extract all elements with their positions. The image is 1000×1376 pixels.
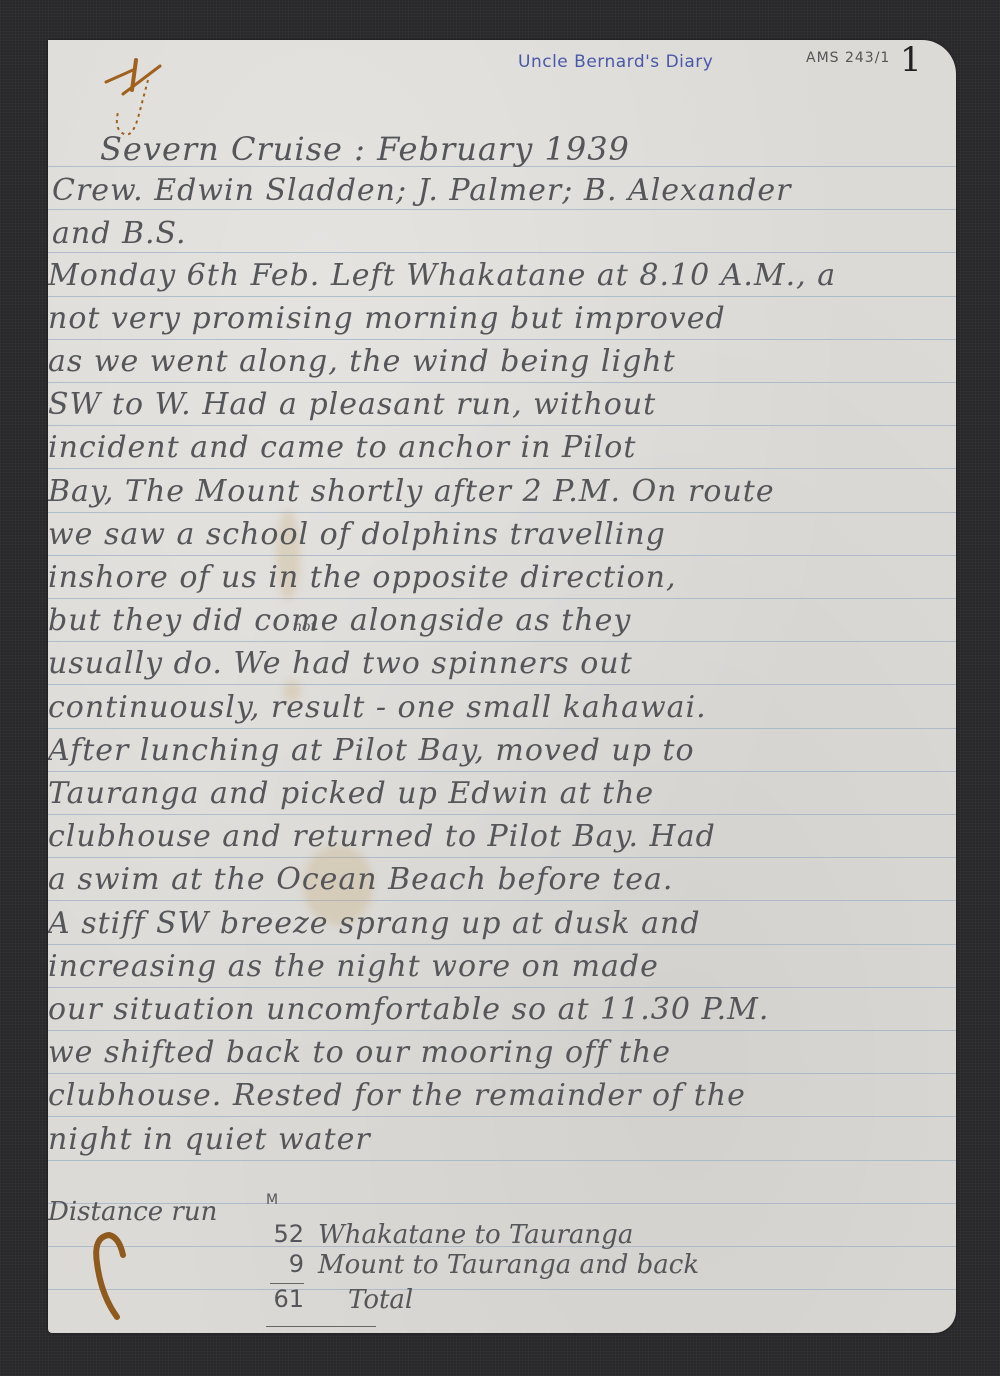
subtotal-rule — [270, 1283, 304, 1284]
rule-line — [48, 684, 956, 685]
diary-line: a swim at the Ocean Beach before tea. — [48, 862, 673, 897]
diary-line: as we went along, the wind being light — [48, 344, 676, 379]
rule-line — [48, 468, 956, 469]
catalog-number: AMS 243/1 — [806, 50, 890, 66]
crew-line-continued: and B.S. — [52, 216, 187, 251]
diary-line: Tauranga and picked up Edwin at the — [48, 776, 654, 811]
distance-miles-total: 61 — [264, 1285, 304, 1313]
diary-line: After lunching at Pilot Bay, moved up to — [48, 733, 695, 768]
rule-line — [48, 512, 956, 513]
rule-line — [48, 1116, 956, 1117]
rule-line — [48, 382, 956, 383]
distance-miles-1: 52 — [264, 1220, 304, 1248]
diary-line: clubhouse. Rested for the remainder of t… — [48, 1078, 746, 1113]
rule-line — [48, 771, 956, 772]
diary-line: inshore of us in the opposite direction, — [48, 560, 677, 595]
rule-line — [48, 339, 956, 340]
diary-page: Uncle Bernard's Diary AMS 243/1 1 Severn… — [48, 40, 956, 1333]
diary-line: usually do. We had two spinners out — [48, 646, 633, 681]
diary-line: our situation uncomfortable so at 11.30 … — [48, 992, 769, 1027]
diary-line: we shifted back to our mooring off the — [48, 1035, 671, 1070]
total-rule — [266, 1326, 376, 1327]
diary-line: but they did come alongside as they — [48, 603, 631, 638]
rule-line — [48, 814, 956, 815]
crew-line: Crew. Edwin Sladden; J. Palmer; B. Alexa… — [52, 173, 791, 208]
diary-line: continuously, result - one small kahawai… — [48, 690, 707, 725]
rule-line — [48, 1073, 956, 1074]
diary-line: increasing as the night wore on made — [48, 949, 659, 984]
rule-line — [48, 252, 956, 253]
rule-line — [48, 987, 956, 988]
diary-heading: Severn Cruise : February 1939 — [100, 130, 630, 168]
rule-line — [48, 296, 956, 297]
diary-line: night in quiet water — [48, 1122, 371, 1157]
distance-desc-total: Total — [348, 1285, 413, 1315]
diary-line: Bay, The Mount shortly after 2 P.M. On r… — [48, 474, 775, 509]
rule-line — [48, 1160, 956, 1161]
rule-line — [48, 857, 956, 858]
diary-line: not very promising morning but improved — [48, 301, 726, 336]
rule-line — [48, 209, 956, 210]
diary-line: incident and came to anchor in Pilot — [48, 430, 636, 465]
rule-line — [48, 425, 956, 426]
rule-line — [48, 555, 956, 556]
rule-line — [48, 598, 956, 599]
diary-line: SW to W. Had a pleasant run, without — [48, 387, 656, 422]
rust-hook-mark-icon — [83, 1215, 143, 1325]
page-number: 1 — [900, 40, 922, 80]
distance-label: Distance run — [48, 1197, 217, 1227]
diary-line: clubhouse and returned to Pilot Bay. Had — [48, 819, 716, 854]
rule-line — [48, 728, 956, 729]
distance-desc-1: Whakatane to Tauranga — [318, 1220, 633, 1250]
rule-line — [48, 944, 956, 945]
diary-line: we saw a school of dolphins travelling — [48, 517, 666, 552]
distance-miles-2: 9 — [264, 1250, 304, 1278]
archive-label: Uncle Bernard's Diary — [518, 52, 713, 72]
diary-line: Monday 6th Feb. Left Whakatane at 8.10 A… — [48, 258, 836, 293]
rule-line — [48, 900, 956, 901]
rule-line — [48, 1289, 956, 1290]
rule-line — [48, 641, 956, 642]
distance-desc-2: Mount to Tauranga and back — [318, 1250, 699, 1280]
rule-line — [48, 1030, 956, 1031]
insertion-note: not — [293, 619, 316, 635]
diary-line: A stiff SW breeze sprang up at dusk and — [48, 906, 701, 941]
distance-unit: M — [266, 1192, 286, 1208]
